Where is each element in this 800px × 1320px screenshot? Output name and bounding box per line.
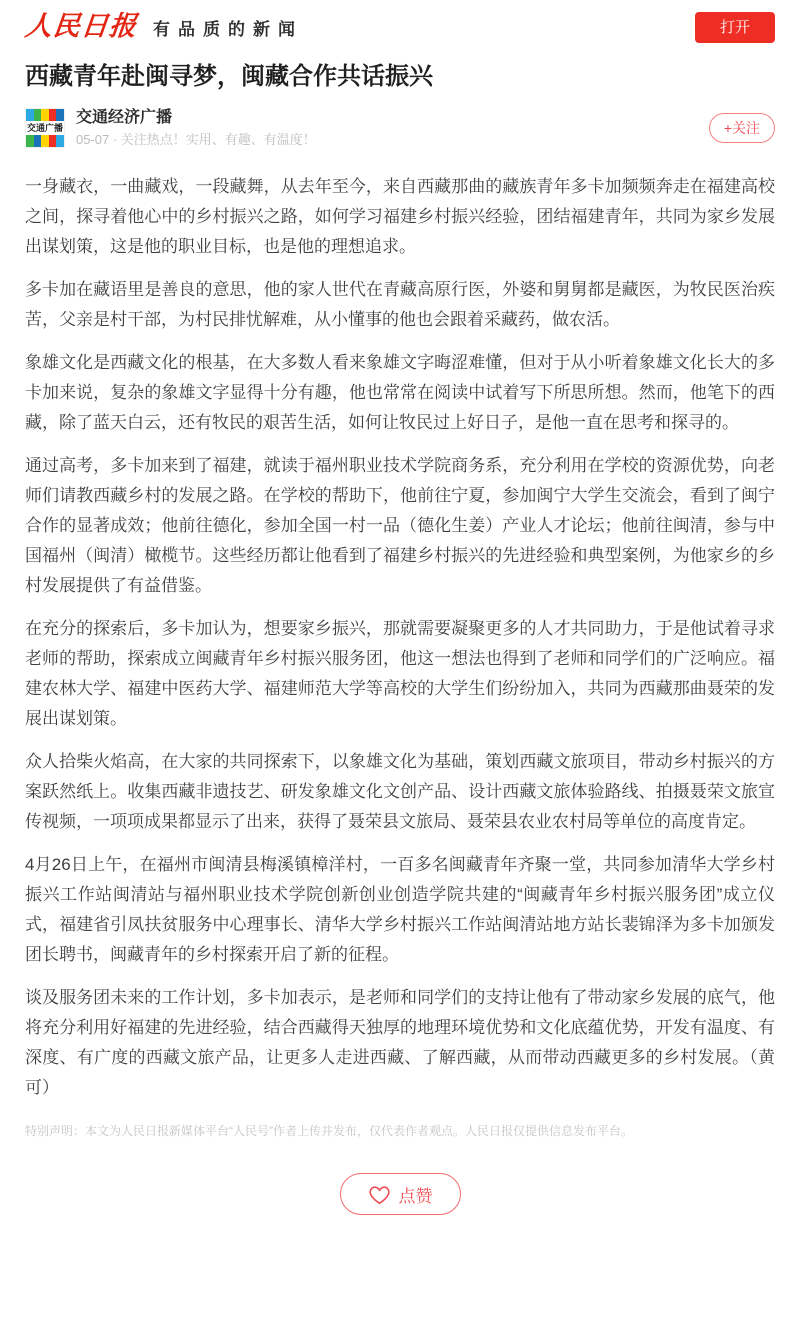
like-button-area: 点赞	[25, 1173, 775, 1233]
heart-icon	[368, 1184, 391, 1205]
article-paragraph: 一身藏衣，一曲藏戏，一段藏舞，从去年至今，来自西藏那曲的藏族青年多卡加频频奔走在…	[25, 172, 775, 262]
avatar-stripe-top	[26, 109, 64, 121]
app-download-banner: 人民日报 有品质的新闻 打开	[25, 0, 775, 44]
article-paragraph: 在充分的探索后，多卡加认为，想要家乡振兴，那就需要凝聚更多的人才共同助力，于是他…	[25, 614, 775, 734]
article-paragraph: 4月26日上午，在福州市闽清县梅溪镇樟洋村，一百多名闽藏青年齐聚一堂，共同参加清…	[25, 850, 775, 970]
article-paragraph: 通过高考，多卡加来到了福建，就读于福州职业技术学院商务系，充分利用在学校的资源优…	[25, 451, 775, 601]
peoples-daily-logo: 人民日报	[23, 12, 138, 42]
article-paragraph: 象雄文化是西藏文化的根基，在大多数人看来象雄文字晦涩难懂，但对于从小听着象雄文化…	[25, 348, 775, 438]
author-name[interactable]: 交通经济广播	[76, 109, 316, 127]
logo-tagline: 有品质的新闻	[153, 15, 303, 40]
like-button[interactable]: 点赞	[340, 1173, 461, 1215]
special-statement: 特别声明：本文为人民日报新媒体平台“人民号”作者上传并发布，仅代表作者观点。人民…	[25, 1123, 775, 1139]
follow-button[interactable]: +关注	[709, 113, 775, 143]
author-info: 交通经济广播 05-07 · 关注热点！实用、有趣、有温度！	[76, 109, 316, 147]
article-body: 一身藏衣，一曲藏戏，一段藏舞，从去年至今，来自西藏那曲的藏族青年多卡加频频奔走在…	[25, 172, 775, 1103]
article-paragraph: 众人拾柴火焰高，在大家的共同探索下，以象雄文化为基础，策划西藏文旅项目，带动乡村…	[25, 747, 775, 837]
article-paragraph: 多卡加在藏语里是善良的意思，他的家人世代在青藏高原行医，外婆和舅舅都是藏医，为牧…	[25, 275, 775, 335]
author-meta: 05-07 · 关注热点！实用、有趣、有温度！	[76, 132, 316, 147]
article-title: 西藏青年赴闽寻梦，闽藏合作共话振兴	[25, 60, 775, 94]
article-paragraph: 谈及服务团未来的工作计划，多卡加表示，是老师和同学们的支持让他有了带动家乡发展的…	[25, 983, 775, 1103]
open-app-button[interactable]: 打开	[695, 12, 775, 43]
author-row: 交通广播 交通经济广播 05-07 · 关注热点！实用、有趣、有温度！ +关注	[25, 108, 775, 148]
author-avatar[interactable]: 交通广播	[25, 108, 65, 148]
avatar-stripe-bottom	[26, 135, 64, 147]
avatar-text: 交通广播	[26, 121, 64, 135]
like-label: 点赞	[399, 1182, 433, 1207]
article-page: 人民日报 有品质的新闻 打开 西藏青年赴闽寻梦，闽藏合作共话振兴 交通广播 交通…	[0, 0, 800, 1233]
